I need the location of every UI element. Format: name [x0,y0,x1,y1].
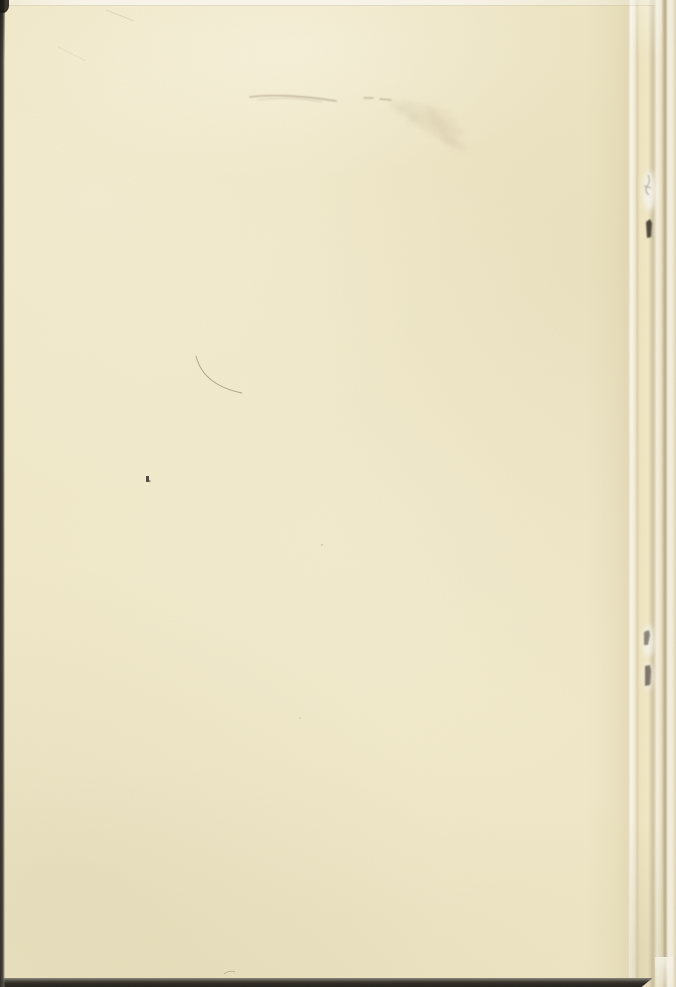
scan-artifacts-layer [0,0,676,987]
scanned-page [0,0,676,987]
paper-grain-texture [0,0,676,987]
